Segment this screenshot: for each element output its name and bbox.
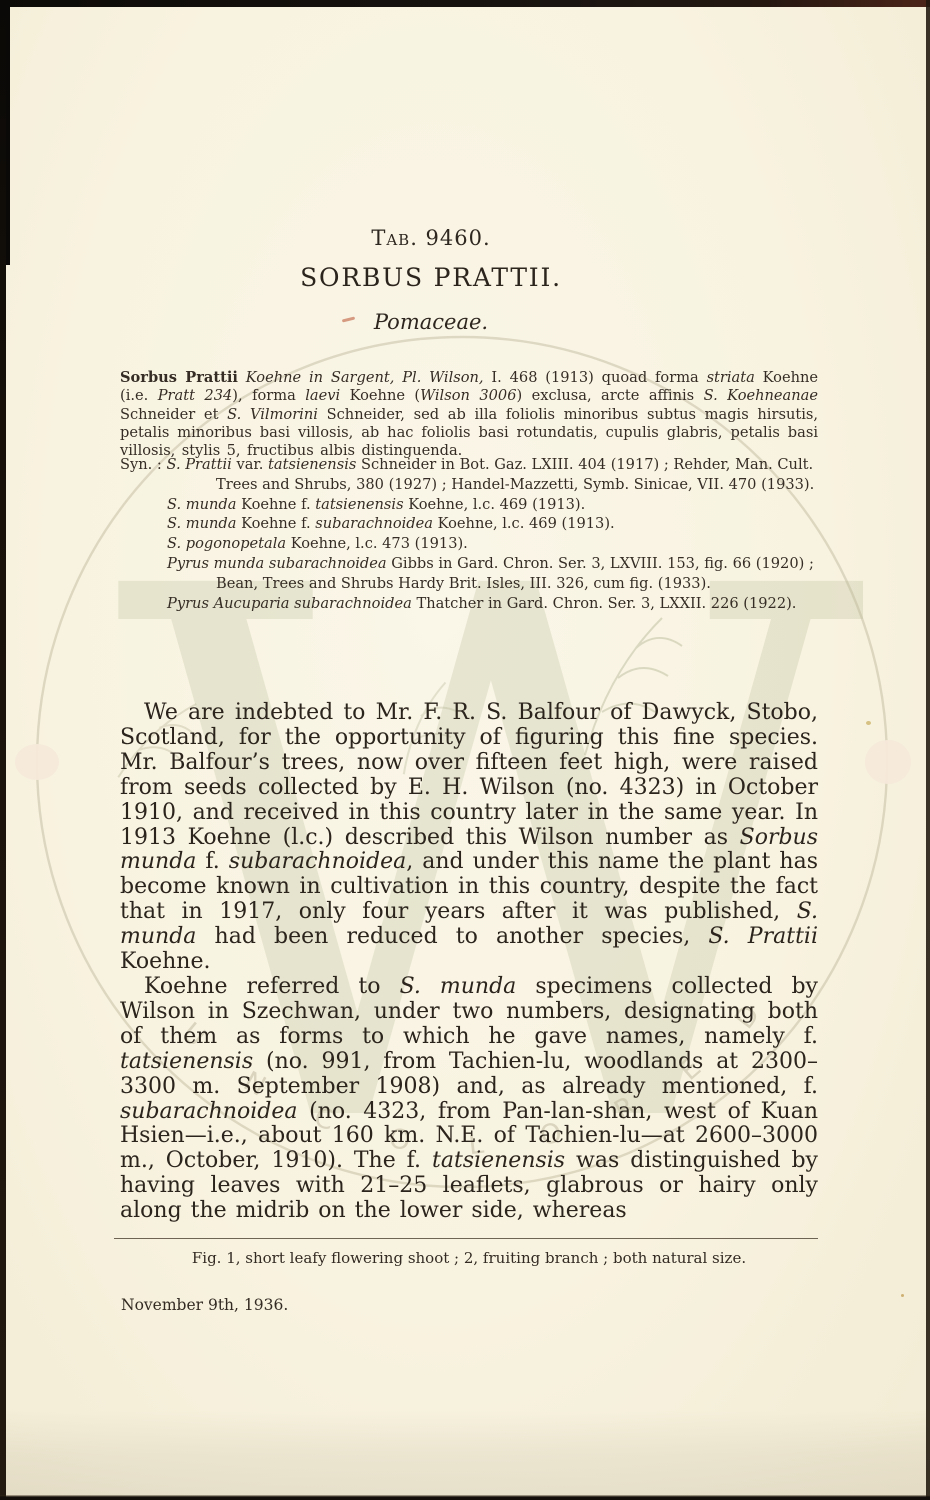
nomenclature-paragraph: Sorbus Prattii Koehne in Sargent, Pl. Wi… xyxy=(120,369,818,460)
synonymy-label: Syn. : xyxy=(120,456,166,473)
body-text: We are indebted to Mr. F. R. S. Balfour … xyxy=(120,701,818,1224)
scan-edge-top xyxy=(0,0,930,7)
scanned-document-page: W UNCOLORED Tab. 9460. SORBUS PRATTII. P… xyxy=(0,0,930,1500)
species-title: SORBUS PRATTII. xyxy=(100,264,762,293)
plate-number-heading: Tab. 9460. xyxy=(100,226,762,250)
synonym-item: S. pogonopetala Koehne, l.c. 473 (1913). xyxy=(120,534,822,554)
body-paragraph: We are indebted to Mr. F. R. S. Balfour … xyxy=(120,701,818,975)
figure-caption: Fig. 1, short leafy flowering shoot ; 2,… xyxy=(120,1249,818,1267)
scan-edge-right xyxy=(926,0,930,1500)
watermark-right-disc xyxy=(865,740,911,784)
synonym-item: S. munda Koehne f. tatsienensis Koehne, … xyxy=(120,495,822,515)
issue-date: November 9th, 1936. xyxy=(121,1296,288,1314)
scan-edge-bottom xyxy=(0,1495,930,1500)
family-name: Pomaceae. xyxy=(100,310,762,334)
synonym-item: Pyrus munda subarachnoidea Gibbs in Gard… xyxy=(120,554,822,594)
paper-speck xyxy=(901,1294,904,1297)
synonymy-block: Syn. : S. Prattii var. tatsienensis Schn… xyxy=(120,455,822,613)
synonym-text: S. Prattii var. tatsienensis Schneider i… xyxy=(166,456,814,493)
caption-divider-rule xyxy=(114,1238,818,1239)
synonym-item: S. munda Koehne f. subarachnoidea Koehne… xyxy=(120,514,822,534)
synonym-item: Syn. : S. Prattii var. tatsienensis Schn… xyxy=(120,455,822,495)
paper-speck xyxy=(866,721,871,725)
scan-edge-left xyxy=(0,0,6,1500)
synonym-item: Pyrus Aucuparia subarachnoidea Thatcher … xyxy=(120,594,822,614)
body-paragraph: Koehne referred to S. munda specimens co… xyxy=(120,975,818,1224)
watermark-left-disc xyxy=(15,744,59,780)
